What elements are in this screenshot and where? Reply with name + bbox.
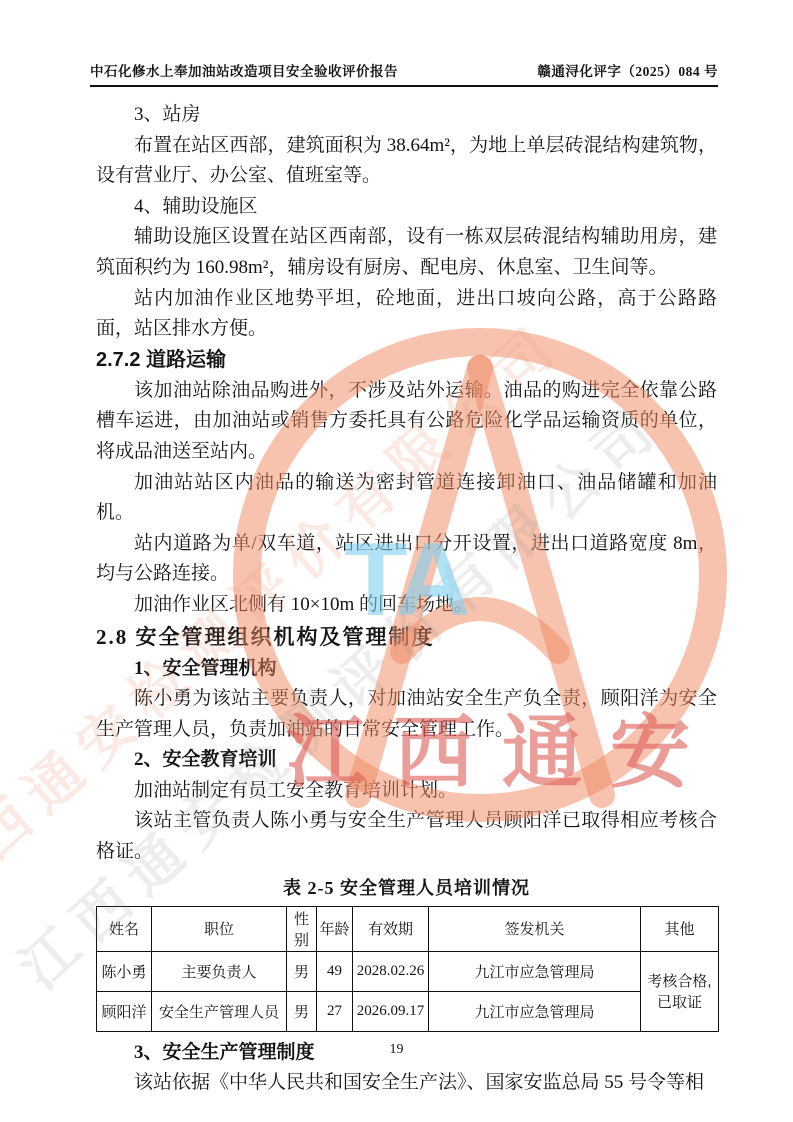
page-number: 19 <box>0 1042 793 1058</box>
section-heading-safety-management: 2.8 安全管理组织机构及管理制度 <box>96 621 717 654</box>
subheading-safety-training: 2、安全教育培训 <box>96 745 717 776</box>
cell-other-merged: 考核合格,已取证 <box>641 951 719 1031</box>
cell-age: 49 <box>317 951 353 991</box>
cell-valid-until: 2028.02.26 <box>353 951 429 991</box>
paragraph: 站内加油作业区地势平坦，砼地面，进出口坡向公路，高于公路路面，站区排水方便。 <box>96 284 717 345</box>
col-header-other: 其他 <box>641 906 719 951</box>
col-header-issuing-authority: 签发机关 <box>429 906 641 951</box>
col-header-valid-until: 有效期 <box>353 906 429 951</box>
section-heading-road-transport: 2.7.2 道路运输 <box>96 345 717 376</box>
cell-issuing-authority: 九江市应急管理局 <box>429 951 641 991</box>
paragraph: 陈小勇为该站主要负责人，对加油站安全生产负全责，顾阳洋为安全生产管理人员，负责加… <box>96 684 717 745</box>
table-row: 顾阳洋 安全生产管理人员 男 27 2026.09.17 九江市应急管理局 <box>97 991 719 1031</box>
cell-name: 顾阳洋 <box>97 991 152 1031</box>
cell-valid-until: 2026.09.17 <box>353 991 429 1031</box>
table-header-row: 姓名 职位 性别 年龄 有效期 签发机关 其他 <box>97 906 719 951</box>
cell-gender: 男 <box>287 991 317 1031</box>
cell-gender: 男 <box>287 951 317 991</box>
list-item-station-house: 3、站房 <box>96 100 717 131</box>
subheading-safety-org: 1、安全管理机构 <box>96 654 717 685</box>
cell-issuing-authority: 九江市应急管理局 <box>429 991 641 1031</box>
col-header-name: 姓名 <box>97 906 152 951</box>
cell-position: 安全生产管理人员 <box>152 991 287 1031</box>
paragraph: 辅助设施区设置在站区西南部，设有一栋双层砖混结构辅助用房，建筑面积约为 160.… <box>96 222 717 283</box>
list-item-auxiliary-area: 4、辅助设施区 <box>96 192 717 223</box>
col-header-position: 职位 <box>152 906 287 951</box>
table-row: 陈小勇 主要负责人 男 49 2028.02.26 九江市应急管理局 考核合格,… <box>97 951 719 991</box>
cell-position: 主要负责人 <box>152 951 287 991</box>
cell-age: 27 <box>317 991 353 1031</box>
paragraph: 该站主管负责人陈小勇与安全生产管理人员顾阳洋已取得相应考核合格证。 <box>96 806 717 867</box>
paragraph: 该站依据《中华人民共和国安全生产法》、国家安监总局 55 号令等相 <box>96 1068 717 1099</box>
paragraph: 站内道路为单/双车道，站区进出口分开设置，进出口道路宽度 8m，均与公路连接。 <box>96 529 717 590</box>
table-caption: 表 2-5 安全管理人员培训情况 <box>96 874 717 900</box>
document-body: 3、站房 布置在站区西部，建筑面积为 38.64m²，为地上单层砖混结构建筑物，… <box>96 100 717 1099</box>
cell-name: 陈小勇 <box>97 951 152 991</box>
paragraph: 加油作业区北侧有 10×10m 的回车场地。 <box>96 590 717 621</box>
col-header-gender: 性别 <box>287 906 317 951</box>
training-table: 姓名 职位 性别 年龄 有效期 签发机关 其他 陈小勇 主要负责人 男 49 2… <box>96 906 719 1032</box>
header-report-title: 中石化修水上奉加油站改造项目安全验收评价报告 <box>90 60 398 80</box>
col-header-age: 年龄 <box>317 906 353 951</box>
header-doc-number: 赣通浔化评字（2025）084 号 <box>537 60 718 80</box>
paragraph: 加油站站区内油品的输送为密封管道连接卸油口、油品储罐和加油机。 <box>96 468 717 529</box>
paragraph: 加油站制定有员工安全教育培训计划。 <box>96 776 717 807</box>
paragraph: 布置在站区西部，建筑面积为 38.64m²，为地上单层砖混结构建筑物，设有营业厅… <box>96 131 717 192</box>
page-header: 中石化修水上奉加油站改造项目安全验收评价报告 赣通浔化评字（2025）084 号 <box>90 60 718 87</box>
paragraph: 该加油站除油品购进外，不涉及站外运输。油品的购进完全依靠公路槽车运进，由加油站或… <box>96 376 717 468</box>
document-page: 中石化修水上奉加油站改造项目安全验收评价报告 赣通浔化评字（2025）084 号… <box>0 0 793 1122</box>
